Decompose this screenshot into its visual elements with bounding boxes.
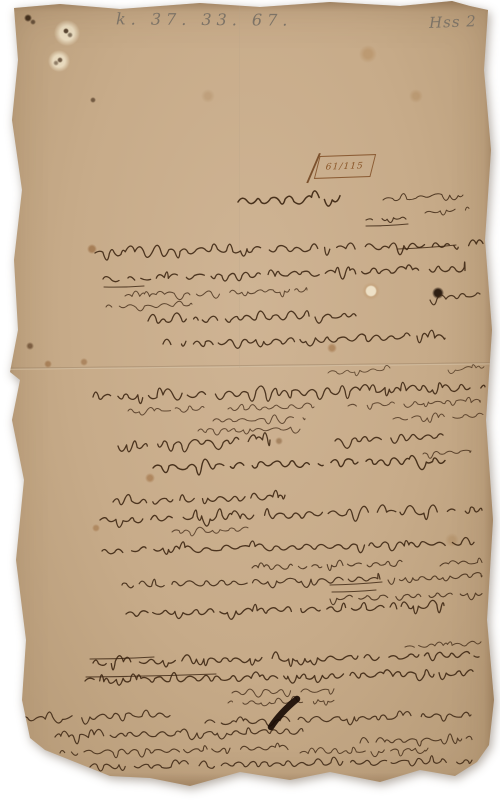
handwritten-line [55,728,303,744]
handwritten-line [103,262,465,282]
handwritten-line [205,711,471,726]
handwritten-line [300,747,428,756]
handwritten-line [125,288,307,300]
handwritten-line [423,450,471,458]
handwritten-line [153,456,445,475]
handwritten-line [113,490,285,504]
paper-sheet: k. 37. 33. 67. Hss 2 61/115 [0,0,500,800]
strikethrough-mark [398,245,456,249]
handwritten-line [448,365,484,374]
handwritten-line [90,756,472,771]
handwritten-line [198,427,300,435]
handwritten-line [228,696,334,705]
paper-surface: k. 37. 33. 67. Hss 2 61/115 [0,0,500,800]
handwritten-line [85,670,473,686]
handwritten-line [228,403,314,410]
handwriting-layer [0,0,500,800]
handwritten-line [100,505,482,527]
handwritten-line [366,217,406,222]
handwritten-line [252,560,402,570]
handwritten-line [93,652,479,670]
handwritten-line [106,301,192,311]
handwritten-line [388,573,482,585]
handwritten-line [95,240,483,260]
strikethrough-mark [366,224,408,226]
handwritten-line [335,434,443,449]
handwritten-line [328,365,390,375]
handwritten-line [425,207,469,215]
handwritten-line [405,641,481,647]
manuscript-photo: k. 37. 33. 67. Hss 2 61/115 [0,0,500,800]
handwritten-line [430,293,480,305]
handwritten-line [232,689,334,697]
handwritten-line [118,433,270,452]
handwritten-line [102,537,474,554]
underline-mark [104,286,144,287]
handwritten-line [163,330,445,348]
strikethrough-mark [86,674,216,677]
handwritten-line [348,397,480,409]
handwritten-line [360,734,472,746]
handwritten-line [60,743,288,758]
handwritten-line [238,191,340,206]
handwritten-line [122,573,380,587]
handwritten-line [18,710,170,724]
handwritten-line [440,558,482,566]
handwritten-line [383,194,463,201]
handwritten-line [126,600,444,619]
strikethrough-mark [330,582,382,585]
handwritten-line [172,527,248,536]
handwritten-line [128,406,204,415]
handwritten-line [93,382,485,403]
underline-mark [332,590,376,592]
handwritten-line [213,415,305,424]
handwritten-line [393,413,483,422]
handwritten-line [148,311,356,323]
